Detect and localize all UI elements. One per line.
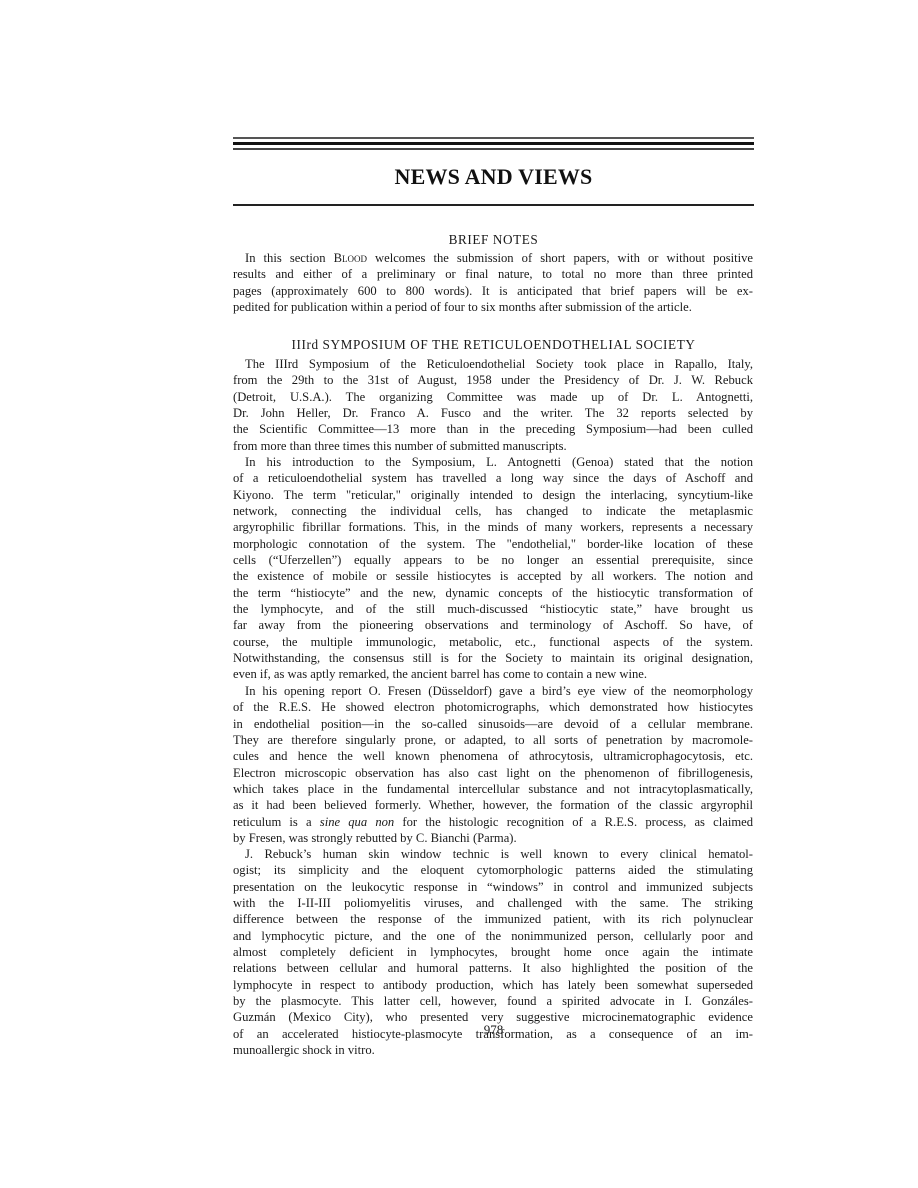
text-line: relations between cellular and humoral p… — [233, 960, 753, 976]
text-line: lymphocyte in respect to antibody produc… — [233, 977, 753, 993]
journal-name: Blood — [334, 251, 367, 265]
text-line: in endothelial position—in the so-called… — [233, 716, 753, 732]
text-fragment: reticulum is a — [233, 815, 320, 829]
text-line: Electron microscopic observation has als… — [233, 765, 753, 781]
text-line: of the R.E.S. He showed electron photomi… — [233, 699, 753, 715]
text-line: which takes place in the fundamental int… — [233, 781, 753, 797]
text-line: In this section Blood welcomes the submi… — [233, 250, 753, 266]
text-line: munoallergic shock in vitro. — [233, 1042, 753, 1058]
text-line: reticulum is a sine qua non for the hist… — [233, 814, 753, 830]
text-line: morphologic connotation of the system. T… — [233, 536, 753, 552]
text-line: ogist; its simplicity and the eloquent c… — [233, 862, 753, 878]
text-line: In his introduction to the Symposium, L.… — [233, 454, 753, 470]
text-line: course, the multiple immunologic, metabo… — [233, 634, 753, 650]
brief-notes-line-1: In this section Blood welcomes the submi… — [245, 251, 753, 265]
italic-phrase: sine qua non — [320, 815, 394, 829]
text-line: In his opening report O. Fresen (Düsseld… — [233, 683, 753, 699]
symposium-paragraph-2: In his introduction to the Symposium, L.… — [233, 454, 753, 683]
page-title: NEWS AND VIEWS — [233, 164, 754, 190]
text-line: cules and hence the well known phenomena… — [233, 748, 753, 764]
text-line: (Detroit, U.S.A.). The organizing Commit… — [233, 389, 753, 405]
text-line: Kiyono. The term "reticular," originally… — [233, 487, 753, 503]
symposium-paragraph-3: In his opening report O. Fresen (Düsseld… — [233, 683, 753, 846]
text-line: Notwithstanding, the consensus still is … — [233, 650, 753, 666]
rule-line — [233, 137, 754, 139]
text-line: by Fresen, was strongly rebutted by C. B… — [233, 830, 753, 846]
text-line: They are therefore singularly prone, or … — [233, 732, 753, 748]
text-line: even if, as was aptly remarked, the anci… — [233, 666, 753, 682]
text-line: far away from the pioneering observation… — [233, 617, 753, 633]
text-line: cells (“Uferzellen”) equally appears to … — [233, 552, 753, 568]
text-line: and lymphocytic picture, and the one of … — [233, 928, 753, 944]
title-underline-rule — [233, 204, 754, 206]
text-line: of a reticuloendothelial system has trav… — [233, 470, 753, 486]
rule-line — [233, 148, 754, 150]
text-line: Dr. John Heller, Dr. Franco A. Fusco and… — [233, 405, 753, 421]
text-line: J. Rebuck’s human skin window technic is… — [233, 846, 753, 862]
rule-line — [233, 142, 754, 145]
text-line: presentation on the leukocytic response … — [233, 879, 753, 895]
text-line: the existence of mobile or sessile histi… — [233, 568, 753, 584]
text-line: by the plasmocyte. This latter cell, how… — [233, 993, 753, 1009]
text-line: the Scientific Committee—13 more than in… — [233, 421, 753, 437]
text-line: the term “histiocyte” and the new, dynam… — [233, 585, 753, 601]
text-line: argyrophilic fibrillar formations. This,… — [233, 519, 753, 535]
text-line: almost completely deficient in lymphocyt… — [233, 944, 753, 960]
text-line: the lymphocyte, and of the still much-di… — [233, 601, 753, 617]
text-line: as it had been believed formerly. Whethe… — [233, 797, 753, 813]
text-line: from more than three times this number o… — [233, 438, 753, 454]
text-line: pedited for publication within a period … — [233, 299, 753, 315]
symposium-paragraph-1: The IIIrd Symposium of the Reticuloendot… — [233, 356, 753, 454]
symposium-heading: IIIrd SYMPOSIUM OF THE RETICULOENDOTHELI… — [233, 337, 754, 353]
text-line: from the 29th to the 31st of August, 195… — [233, 372, 753, 388]
text-line: results and either of a preliminary or f… — [233, 266, 753, 282]
text-fragment: for the histologic recognition of a R.E.… — [394, 815, 753, 829]
brief-notes-body: In this section Blood welcomes the submi… — [233, 250, 753, 315]
brief-notes-heading: BRIEF NOTES — [233, 232, 754, 248]
text-line: pages (approximately 600 to 800 words). … — [233, 283, 753, 299]
page-number: 978 — [233, 1022, 754, 1038]
text-line: network, connecting the individual cells… — [233, 503, 753, 519]
text-line: The IIIrd Symposium of the Reticuloendot… — [233, 356, 753, 372]
text-line: with the I-II-III poliomyelitis viruses,… — [233, 895, 753, 911]
text-line: difference between the response of the i… — [233, 911, 753, 927]
